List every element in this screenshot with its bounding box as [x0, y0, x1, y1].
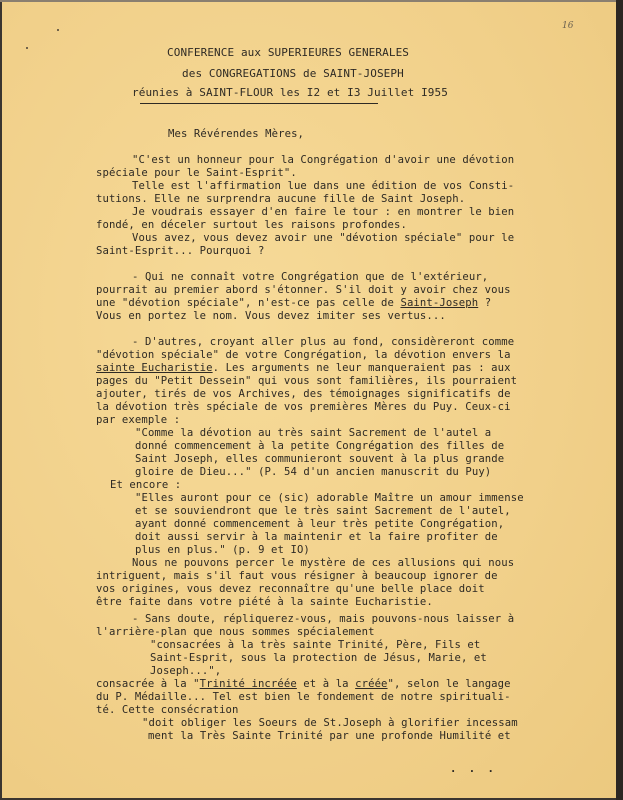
text-line: consacrée à la "Trinité incréée et à la …: [96, 678, 511, 691]
text-line: intriguent, mais s'il faut vous résigner…: [96, 570, 498, 583]
text-line: "dévotion spéciale" de votre Congrégatio…: [96, 349, 511, 362]
text-line: la dévotion très spéciale de vos premièr…: [96, 401, 511, 414]
handwritten-page-number: 16: [562, 21, 573, 31]
text-line: "Elles auront pour ce (sic) adorable Maî…: [135, 492, 524, 505]
text-line: une "dévotion spéciale", n'est-ce pas ce…: [96, 297, 491, 310]
text-line: "Comme la dévotion au très saint Sacreme…: [135, 427, 491, 440]
text-line: plus en plus." (p. 9 et IO): [135, 544, 310, 557]
underlined-text: créée: [355, 678, 387, 690]
text-line: Vous en portez le nom. Vous devez imiter…: [96, 310, 446, 323]
text-line: ajouter, tirés de vos Archives, des témo…: [96, 388, 511, 401]
text-line: - Sans doute, répliquerez-vous, mais pou…: [132, 613, 514, 626]
text-line: Telle est l'affirmation lue dans une édi…: [132, 180, 514, 193]
text-line: Et encore :: [110, 479, 181, 492]
text-line: gloire de Dieu..." (P. 54 d'un ancien ma…: [135, 466, 491, 479]
underlined-text: Saint-Joseph: [400, 297, 478, 309]
salutation: Mes Révérendes Mères,: [168, 128, 304, 141]
text-line: "doit obliger les Soeurs de St.Joseph à …: [142, 717, 518, 730]
text-line: fondé, en déceler surtout les raisons pr…: [96, 219, 407, 232]
text-line: être faite dans votre piété à la sainte …: [96, 596, 433, 609]
text-line: ment la Très Sainte Trinité par une prof…: [148, 730, 511, 743]
text-line: vos origines, vous devez reconnaître qu'…: [96, 583, 485, 596]
text-line: tutions. Elle ne surprendra aucune fille…: [96, 193, 465, 206]
underlined-text: Trinité incréée: [200, 678, 297, 690]
text-line: du P. Médaille... Tel est bien le fondem…: [96, 691, 511, 704]
text-line: Vous avez, vous devez avoir une "dévotio…: [132, 232, 514, 245]
text-line: et se souviendront que le très saint Sac…: [135, 505, 511, 518]
text-line: spéciale pour le Saint-Esprit".: [96, 167, 297, 180]
underlined-text: sainte Eucharistie: [96, 362, 213, 374]
header-line-2: des CONGREGATIONS de SAINT-JOSEPH: [182, 67, 404, 80]
text-line: - Qui ne connaît votre Congrégation que …: [132, 271, 488, 284]
text-line: "C'est un honneur pour la Congrégation d…: [132, 154, 514, 167]
header-rule: [140, 103, 378, 104]
text-line: Saint-Esprit, sous la protection de Jésu…: [150, 652, 487, 665]
text-line: ayant donné commencement à leur très pet…: [135, 518, 504, 531]
text-line: Nous ne pouvons percer le mystère de ces…: [132, 557, 514, 570]
text-line: pourrait au premier abord s'étonner. S'i…: [96, 284, 511, 297]
text-line: Je voudrais essayer d'en faire le tour :…: [132, 206, 514, 219]
text-line: Saint Joseph, elles communieront souvent…: [135, 453, 504, 466]
paper-speck: [26, 47, 28, 49]
text-line: Joseph...",: [150, 665, 221, 678]
text-line: par exemple :: [96, 414, 180, 427]
text-line: "consacrées à la très sainte Trinité, Pè…: [150, 639, 480, 652]
header-line-1: CONFERENCE aux SUPERIEURES GENERALES: [167, 46, 409, 59]
text-line: sainte Eucharistie. Les arguments ne leu…: [96, 362, 511, 375]
continuation-marker: . . .: [450, 763, 497, 776]
text-line: Saint-Esprit... Pourquoi ?: [96, 245, 264, 258]
text-line: - D'autres, croyant aller plus au fond, …: [132, 336, 514, 349]
text-line: l'arrière-plan que nous sommes spécialem…: [96, 626, 375, 639]
header-line-3: réunies à SAINT-FLOUR les I2 et I3 Juill…: [132, 86, 448, 99]
text-line: pages du "Petit Dessein" qui vous sont f…: [96, 375, 517, 388]
text-line: donné commencement à la petite Congrégat…: [135, 440, 504, 453]
text-line: té. Cette consécration: [96, 704, 239, 717]
text-line: doit aussi servir à la maintenir et la f…: [135, 531, 498, 544]
paper-speck: [57, 29, 59, 31]
scan-right-edge: [616, 0, 623, 800]
